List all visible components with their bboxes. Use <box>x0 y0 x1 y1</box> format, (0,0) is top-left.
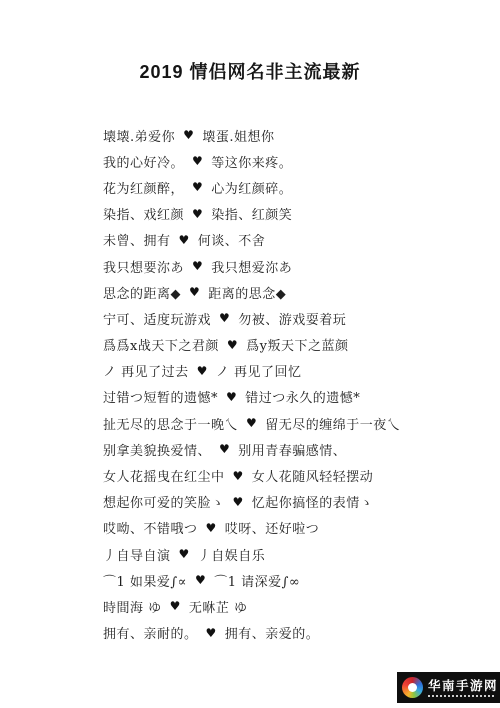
nickname-line: 染指、戏红颜 ♥ 染指、红颜笑 <box>103 201 480 227</box>
nickname-right: ⌒1 请深爱∫∞ <box>214 571 300 590</box>
heart-icon: ♥ <box>189 285 200 299</box>
nickname-line: 扯无尽的思念于一晚乀 ♥ 留无尽的缠绵于一夜乀 <box>103 410 480 436</box>
nickname-left: ⌒1 如果爱∫∝ <box>103 571 187 590</box>
nickname-line: 爲爲x战天下之君颜 ♥ 爲y叛天下之蓝颜 <box>103 332 480 358</box>
nickname-left: 女人花摇曳在红尘中 <box>103 466 225 485</box>
nickname-left: 扯无尽的思念于一晚乀 <box>103 414 238 433</box>
nickname-right: 壊蛋.姐想你 <box>202 126 274 145</box>
nickname-line: 女人花摇曳在红尘中 ♥ 女人花随风轻轻摆动 <box>103 462 480 488</box>
heart-icon: ♥ <box>195 573 206 587</box>
nickname-right: 我只想爱沵あ <box>211 257 292 276</box>
nickname-line: 丿自导自演 ♥ 丿自娱自乐 <box>103 541 480 567</box>
nickname-line: 未曾、拥有 ♥ 何谈、不舍 <box>103 227 480 253</box>
heart-icon: ♥ <box>233 495 244 509</box>
nickname-right: 何谈、不舍 <box>198 230 266 249</box>
nickname-left: ノ 再见了过去 <box>103 361 189 380</box>
nickname-left: 染指、戏红颜 <box>103 204 184 223</box>
nickname-line: 过错つ短暂的遗憾* ♥ 错过つ永久的遗憾* <box>103 384 480 410</box>
site-logo-icon <box>402 677 423 698</box>
heart-icon: ♥ <box>206 626 217 640</box>
nickname-line: 壊壊.弟爱你 ♥ 壊蛋.姐想你 <box>103 122 480 148</box>
heart-icon: ♥ <box>183 128 194 142</box>
nickname-left: 我只想要沵あ <box>103 257 184 276</box>
heart-icon: ♥ <box>227 338 238 352</box>
heart-icon: ♥ <box>192 259 203 273</box>
nickname-line: 宁可、适度玩游戏 ♥ 勿被、游戏耍着玩 <box>103 305 480 331</box>
nickname-left: 時間海 ゆ <box>103 597 162 616</box>
heart-icon: ♥ <box>233 469 244 483</box>
nickname-left: 拥有、亲耐的。 <box>103 623 198 642</box>
nickname-right: 心为红颜碎。 <box>211 178 292 197</box>
nickname-right: 忆起你搞怪的表情ゝ <box>252 492 374 511</box>
heart-icon: ♥ <box>179 233 190 247</box>
nickname-list: 壊壊.弟爱你 ♥ 壊蛋.姐想你 我的心好冷。 ♥ 等这你来疼。 花为红颜醉， ♥… <box>103 122 480 646</box>
nickname-line: 别拿美貌换爱情、 ♥ 别用青春骗感情、 <box>103 436 480 462</box>
nickname-left: 未曾、拥有 <box>103 230 171 249</box>
document-page: 2019 情侣网名非主流最新 壊壊.弟爱你 ♥ 壊蛋.姐想你 我的心好冷。 ♥ … <box>0 0 500 708</box>
nickname-left: 想起你可爱的笑脸ゝ <box>103 492 225 511</box>
heart-icon: ♥ <box>197 364 208 378</box>
heart-icon: ♥ <box>219 442 230 456</box>
watermark-site-name: 华南手游网 <box>428 679 498 693</box>
nickname-right: 等这你来疼。 <box>211 152 292 171</box>
nickname-right: 拥有、亲爱的。 <box>225 623 320 642</box>
heart-icon: ♥ <box>246 416 257 430</box>
nickname-line: ノ 再见了过去 ♥ ノ 再见了回忆 <box>103 358 480 384</box>
nickname-right: 女人花随风轻轻摆动 <box>252 466 374 485</box>
nickname-right: 距离的思念◆ <box>208 283 286 302</box>
nickname-line: 哎呦、不错哦つ ♥ 哎呀、还好啦つ <box>103 515 480 541</box>
nickname-left: 过错つ短暂的遗憾* <box>103 387 218 406</box>
nickname-left: 壊壊.弟爱你 <box>103 126 175 145</box>
heart-icon: ♥ <box>206 521 217 535</box>
watermark-text-block: 华南手游网 <box>428 679 498 697</box>
nickname-left: 思念的距离◆ <box>103 283 181 302</box>
nickname-right: 无咻芷 ゆ <box>189 597 248 616</box>
nickname-line: 想起你可爱的笑脸ゝ ♥ 忆起你搞怪的表情ゝ <box>103 489 480 515</box>
nickname-line: 拥有、亲耐的。 ♥ 拥有、亲爱的。 <box>103 620 480 646</box>
watermark-badge: 华南手游网 <box>397 672 500 703</box>
watermark-subtext <box>428 695 494 697</box>
nickname-left: 哎呦、不错哦つ <box>103 518 198 537</box>
page-title: 2019 情侣网名非主流最新 <box>0 58 500 84</box>
nickname-right: 别用青春骗感情、 <box>238 440 346 459</box>
heart-icon: ♥ <box>219 311 230 325</box>
nickname-left: 别拿美貌换爱情、 <box>103 440 211 459</box>
nickname-left: 丿自导自演 <box>103 545 171 564</box>
heart-icon: ♥ <box>192 180 203 194</box>
heart-icon: ♥ <box>226 390 237 404</box>
heart-icon: ♥ <box>192 154 203 168</box>
nickname-right: 哎呀、还好啦つ <box>225 518 320 537</box>
heart-icon: ♥ <box>170 599 181 613</box>
nickname-left: 爲爲x战天下之君颜 <box>103 335 219 354</box>
nickname-line: 我只想要沵あ ♥ 我只想爱沵あ <box>103 253 480 279</box>
nickname-left: 我的心好冷。 <box>103 152 184 171</box>
nickname-line: 花为红颜醉， ♥ 心为红颜碎。 <box>103 174 480 200</box>
nickname-right: 丿自娱自乐 <box>198 545 266 564</box>
nickname-right: ノ 再见了回忆 <box>216 361 302 380</box>
nickname-right: 勿被、游戏耍着玩 <box>238 309 346 328</box>
nickname-right: 爲y叛天下之蓝颜 <box>246 335 348 354</box>
nickname-right: 留无尽的缠绵于一夜乀 <box>265 414 400 433</box>
nickname-line: ⌒1 如果爱∫∝ ♥ ⌒1 请深爱∫∞ <box>103 567 480 593</box>
nickname-right: 错过つ永久的遗憾* <box>245 387 360 406</box>
heart-icon: ♥ <box>192 207 203 221</box>
nickname-right: 染指、红颜笑 <box>211 204 292 223</box>
nickname-left: 宁可、适度玩游戏 <box>103 309 211 328</box>
nickname-line: 思念的距离◆ ♥ 距离的思念◆ <box>103 279 480 305</box>
nickname-left: 花为红颜醉， <box>103 178 184 197</box>
heart-icon: ♥ <box>179 547 190 561</box>
nickname-line: 時間海 ゆ ♥ 无咻芷 ゆ <box>103 593 480 619</box>
nickname-line: 我的心好冷。 ♥ 等这你来疼。 <box>103 148 480 174</box>
